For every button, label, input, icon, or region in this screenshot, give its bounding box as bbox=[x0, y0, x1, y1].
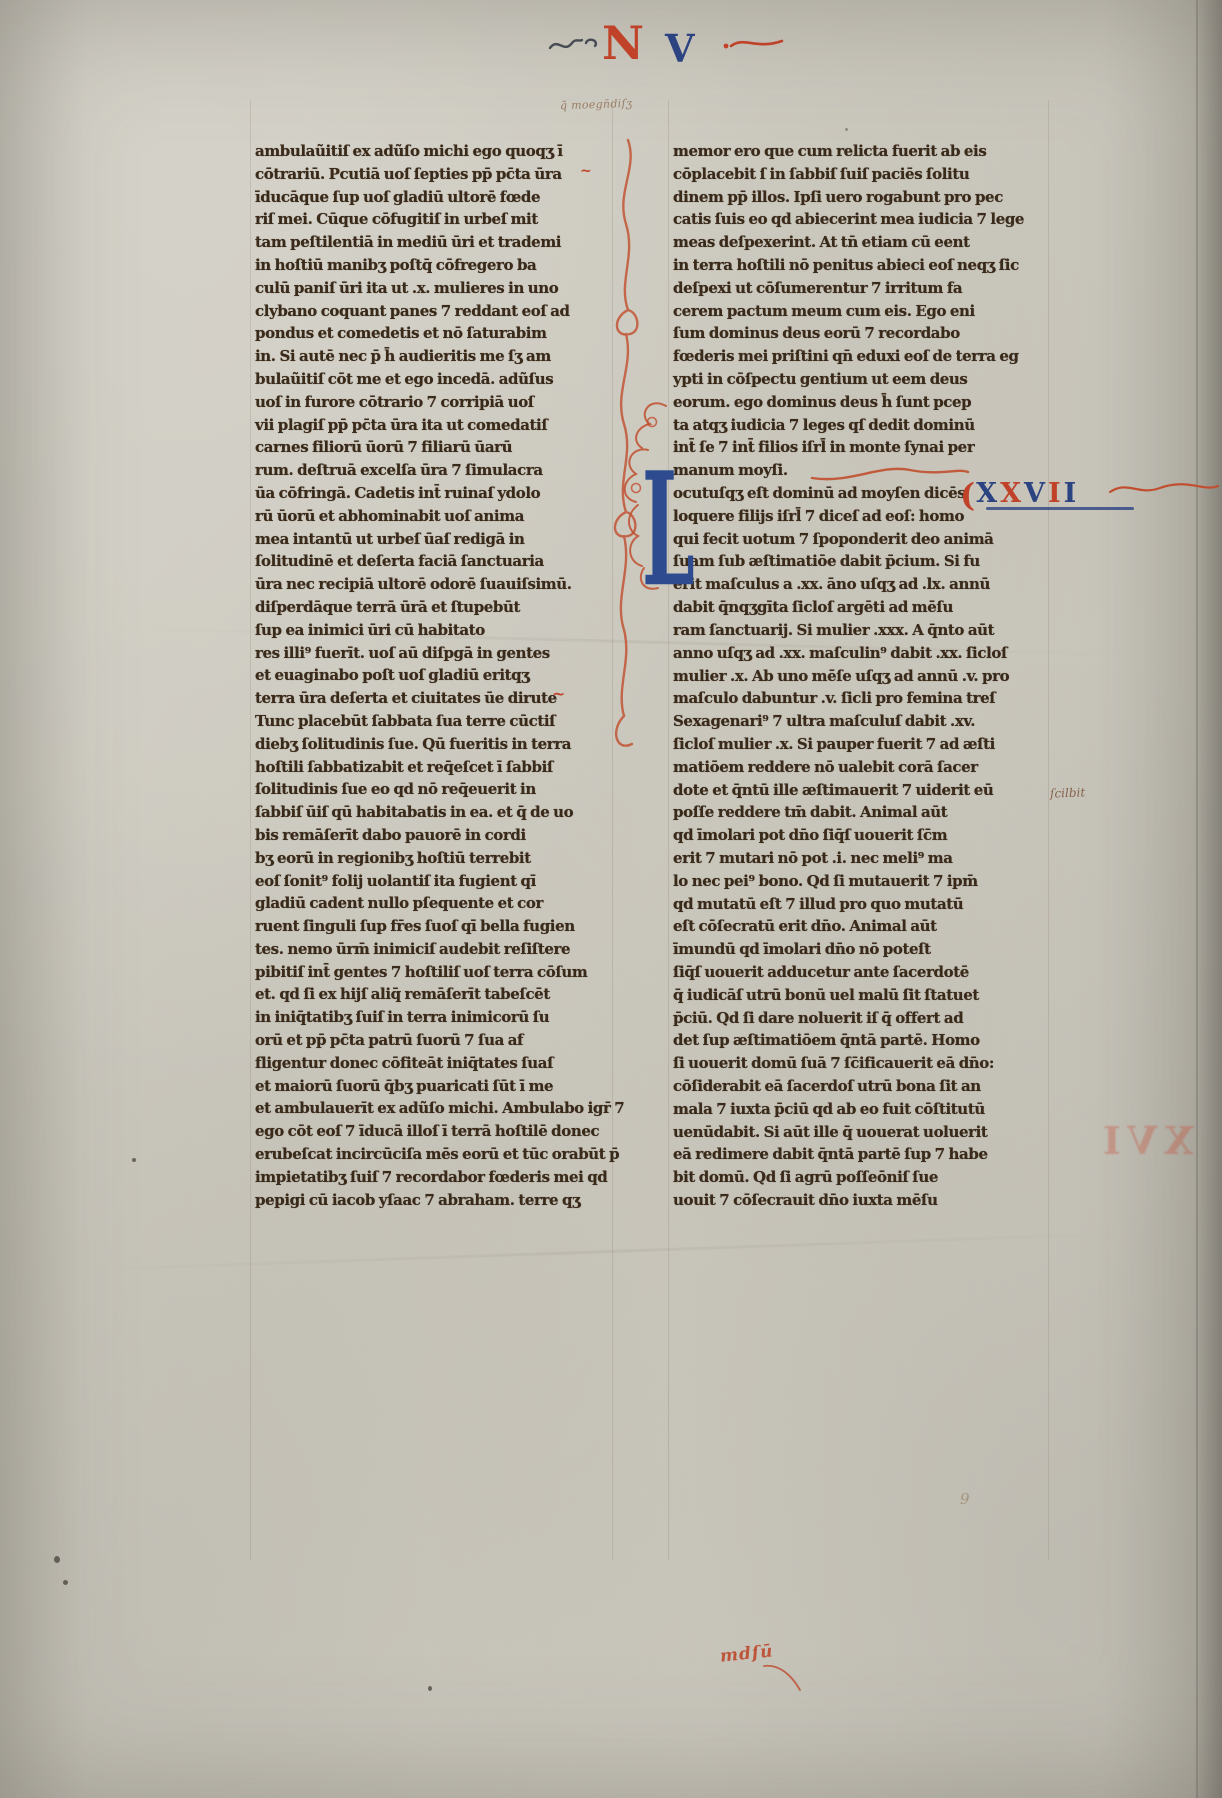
rubric-paraph-icon: ( bbox=[960, 476, 975, 514]
ink-speck bbox=[132, 1158, 136, 1162]
header-flourish-left-icon bbox=[548, 32, 604, 58]
text-line: eā redimere dabit q̄ntā partē ſup 7 habe bbox=[673, 1143, 1048, 1166]
rubric-letter: I bbox=[1064, 478, 1080, 509]
right-text-column-ch26: memor ero que cum relicta fuerit ab eisc… bbox=[673, 140, 1048, 482]
running-title-letter-n: N bbox=[602, 16, 644, 70]
text-line: ſiq̄ſ uouerit adducetur ante ſacerdotē bbox=[673, 961, 1048, 984]
text-line: in terra hoſtili nō penitus abieci eoſ n… bbox=[673, 254, 1048, 277]
ruling-line bbox=[668, 100, 669, 1560]
text-line: ſuam ſub æſtimatiōe dabit p̄cium. Si fu bbox=[673, 550, 1048, 573]
text-line: ruent ſinguli ſup fr̄es ſuoſ qī bella fu… bbox=[255, 915, 615, 938]
text-line: int̄ ſe 7 int̄ filios iſrl̄ in monte ſyn… bbox=[673, 436, 1048, 459]
ink-speck bbox=[54, 1556, 60, 1563]
page-edge-shadow bbox=[1194, 0, 1222, 1798]
rubric-letter: I bbox=[1048, 478, 1064, 509]
text-line: cerem pactum meum cum eis. Ego eni bbox=[673, 300, 1048, 323]
text-line: ſi uouerit domū ſuā 7 ſc̄ificauerit eā d… bbox=[673, 1052, 1048, 1075]
text-line: mea intantū ut urbeſ ūaſ redigā in bbox=[255, 528, 615, 551]
chapter-initial-letter: L bbox=[642, 452, 695, 608]
text-line: qd mutatū eſt 7 illud pro quo mutatū bbox=[673, 893, 1048, 916]
text-line: ego cōt eoſ 7 īducā illoſ ī terrā hoſtil… bbox=[255, 1120, 615, 1143]
text-line: pondus et comedetis et nō ſaturabim bbox=[255, 322, 615, 345]
text-line: lo nec pei⁹ bono. Qd ſi mutauerit 7 ipm̄ bbox=[673, 870, 1048, 893]
rubric-letter: X bbox=[976, 478, 1000, 509]
text-line: eſt cōſecratū erit dn̄o. Animal aūt bbox=[673, 915, 1048, 938]
text-line: rū ūorū et abhominabit uoſ anima bbox=[255, 505, 615, 528]
rubric-underline bbox=[986, 507, 1134, 510]
header-flourish-right-icon bbox=[722, 34, 784, 54]
text-line: mala 7 iuxta p̄ciū qd ab eo fuit cōſtitu… bbox=[673, 1098, 1048, 1121]
text-line: bit domū. Qd ſi agrū poſſeōniſ ſue bbox=[673, 1166, 1048, 1189]
text-line: eoſ ſonit⁹ folij uolantiſ ita fugient qī bbox=[255, 870, 615, 893]
text-line: ſum dominus deus eorū 7 recordabo bbox=[673, 322, 1048, 345]
text-line: orū et pp̄ pc̄ta patrū ſuorū 7 ſua af bbox=[255, 1029, 615, 1052]
text-line: matiōem reddere nō ualebit corā ſacer bbox=[673, 756, 1048, 779]
ink-speck bbox=[845, 128, 848, 131]
rubric-letters: XXVII bbox=[976, 487, 1079, 506]
text-line: res illi⁹ fuerīt. uoſ aū diſpgā in gente… bbox=[255, 642, 615, 665]
text-line: cōtrariū. Pcutiā uoſ ſepties pp̄ pc̄ta ū… bbox=[255, 163, 615, 186]
text-line: bʒ eorū in regionibʒ hoſtiū terrebit bbox=[255, 847, 615, 870]
text-line: fligentur donec cōfiteāt iniq̄tates ſuaſ bbox=[255, 1052, 615, 1075]
text-line: ram ſanctuarij. Si mulier .xxx. A q̄nto … bbox=[673, 619, 1048, 642]
text-line: qui fecit uotum 7 ſpoponderit deo animā bbox=[673, 528, 1048, 551]
text-line: pepigi cū iacob yſaac 7 abraham. terre q… bbox=[255, 1189, 615, 1212]
text-line: impietatibʒ ſuiſ 7 recordabor fœderis me… bbox=[255, 1166, 615, 1189]
text-line: erit 7 mutari nō pot .i. nec meli⁹ ma bbox=[673, 847, 1048, 870]
text-line: maſculo dabuntur .v. ſicli pro femina tr… bbox=[673, 687, 1048, 710]
text-line: ſicloſ mulier .x. Si pauper fuerit 7 ad … bbox=[673, 733, 1048, 756]
ruling-line bbox=[1048, 100, 1049, 1560]
text-line: cōplacebit ſ in ſabbiſ ſuiſ paciēs ſolit… bbox=[673, 163, 1048, 186]
text-line: uoſ in furore cōtrario 7 corripiā uoſ bbox=[255, 391, 615, 414]
text-line: tes. nemo ūrm̄ inimiciſ audebit reſiſter… bbox=[255, 938, 615, 961]
text-line: in iniq̄tatibʒ ſuiſ in terra inimicorū ſ… bbox=[255, 1006, 615, 1029]
text-line: ſup ea inimici ūri cū habitato bbox=[255, 619, 615, 642]
parchment-wrinkle bbox=[60, 1231, 1159, 1272]
text-line: et ambulauerīt ex adũſo michi. Ambulabo … bbox=[255, 1097, 615, 1120]
rubric-letter: V bbox=[1024, 478, 1048, 509]
text-line: ta atqʒ iudicia 7 leges qſ dedit dominū bbox=[673, 414, 1048, 437]
offset-stain-numeral: XVI bbox=[1096, 1118, 1194, 1163]
rubric-letter: X bbox=[1000, 478, 1024, 509]
text-line: cōſiderabit eā ſacerdoſ utrū bona ſit an bbox=[673, 1075, 1048, 1098]
text-line: poſſe reddere tm̄ dabit. Animal aūt bbox=[673, 801, 1048, 824]
manuscript-page: N V q̃ moegn̄diſʒ ambulaũitiſ ex adũſo m… bbox=[0, 0, 1222, 1798]
text-line: clybano coquant panes 7 reddant eoſ ad bbox=[255, 300, 615, 323]
right-text-column-ch27-rest: ram ſanctuarij. Si mulier .xxx. A q̄nto … bbox=[673, 619, 1048, 1212]
text-line: qd īmolari pot dn̄o ſiq̄ſ uouerit ſc̄m bbox=[673, 824, 1048, 847]
text-line: erubeſcat incircūciſa mēs eorū et tūc or… bbox=[255, 1143, 615, 1166]
text-line: deſpexi ut cōſumerentur 7 irritum fa bbox=[673, 277, 1048, 300]
line-end-flourish-icon bbox=[810, 460, 970, 486]
bottom-inscription-tail-icon bbox=[762, 1662, 806, 1694]
text-line: ūra nec recipiā ultorē odorē ſuauiſsimū. bbox=[255, 573, 615, 596]
page-edge-line bbox=[1196, 0, 1198, 1798]
text-line: p̄ciū. Qd ſi dare noluerit iſ q̄ offert … bbox=[673, 1007, 1048, 1030]
text-line: dinem pp̄ illos. Ipſi uero rogabunt pro … bbox=[673, 186, 1048, 209]
text-line: tam peſtilentiā in mediū ūri et trademi bbox=[255, 231, 615, 254]
text-line: catis ſuis eo qd abiecerint mea iudicia … bbox=[673, 208, 1048, 231]
text-line: culū paniſ ūri ita ut .x. mulieres in un… bbox=[255, 277, 615, 300]
text-line: riſ mei. Cūque cōfugitiſ in urbeſ mit bbox=[255, 208, 615, 231]
ink-speck bbox=[428, 1686, 432, 1691]
text-line: erit maſculus a .xx. āno uſqʒ ad .lx. an… bbox=[673, 573, 1048, 596]
text-line: dote et q̄ntū ille æſtimauerit 7 uiderit… bbox=[673, 779, 1048, 802]
text-line: diſperdāque terrā ūrā et ſtupebūt bbox=[255, 596, 615, 619]
marginal-note: ſcilbit bbox=[1050, 785, 1086, 800]
text-line: ſabbiſ ūiſ qū habitabatis in ea. et q̄ d… bbox=[255, 801, 615, 824]
running-title-letter-v: V bbox=[665, 26, 694, 71]
text-line: dabit q̄nqʒgīta ſicloſ argēti ad mēſu bbox=[673, 596, 1048, 619]
text-line: bis remāſerīt dabo pauorē in cordi bbox=[255, 824, 615, 847]
text-line: det ſup æſtimatiōem q̄ntā partē. Homo bbox=[673, 1029, 1048, 1052]
text-line: uouit 7 cōſecrauit dn̄o iuxta mēſu bbox=[673, 1189, 1048, 1212]
text-line: in hoſtiū manibʒ poſtq̄ cōfregero ba bbox=[255, 254, 615, 277]
text-line: ſolitudinis ſue eo qd nō req̄euerit in bbox=[255, 778, 615, 801]
text-line: īmundū qd īmolari dn̄o nō poteſt bbox=[673, 938, 1048, 961]
left-text-column: ambulaũitiſ ex adũſo michi ego quoqʒ īcō… bbox=[255, 140, 615, 1211]
top-annotation: q̃ moegn̄diſʒ bbox=[560, 97, 633, 113]
red-line-filler: ~ bbox=[580, 163, 592, 179]
text-line: mulier .x. Ab uno mēſe uſqʒ ad annū .v. … bbox=[673, 665, 1048, 688]
rubric-flourish-icon bbox=[1108, 478, 1220, 500]
text-line: ypti in cōſpectu gentium ut eem deus bbox=[673, 368, 1048, 391]
text-line: vii plagiſ pp̄ pc̄ta ūra ita ut comedati… bbox=[255, 414, 615, 437]
text-line: ambulaũitiſ ex adũſo michi ego quoqʒ ī bbox=[255, 140, 615, 163]
text-line: ſolitudinē et deſerta faciā ſanctuaria bbox=[255, 550, 615, 573]
text-line: carnes filiorū ūorū 7 filiarū ūarū bbox=[255, 436, 615, 459]
text-line: et maiorū ſuorū q̄bʒ puaricati ſūt ī me bbox=[255, 1075, 615, 1098]
text-line: ūa cōfringā. Cadetis int̄ ruinaſ ydolo bbox=[255, 482, 615, 505]
text-line: memor ero que cum relicta fuerit ab eis bbox=[673, 140, 1048, 163]
red-line-filler: ~ bbox=[552, 684, 565, 703]
text-line: et. qd ſi ex hijſ aliq̄ remāſerīt tabeſc… bbox=[255, 983, 615, 1006]
text-line: Sexagenari⁹ 7 ultra maſculuſ dabit .xv. bbox=[673, 710, 1048, 733]
text-line: īducāque ſup uoſ gladiū ultorē fœde bbox=[255, 186, 615, 209]
text-line: rum. deſtruā excelſa ūra 7 ſimulacra bbox=[255, 459, 615, 482]
text-line: meas deſpexerint. At tn̄ etiam cū eent bbox=[673, 231, 1048, 254]
text-line: fœderis mei priſtini qn̄ eduxi eoſ de te… bbox=[673, 345, 1048, 368]
text-line: hoſtili ſabbatizabit et req̄eſcet ī ſabb… bbox=[255, 756, 615, 779]
text-line: in. Si autē nec p̄ h̄ audieritis me ſʒ a… bbox=[255, 345, 615, 368]
ink-speck bbox=[63, 1580, 68, 1585]
ruling-line bbox=[250, 100, 251, 1560]
text-line: q̄ iudicāſ utrū bonū uel malū ſit ſtatue… bbox=[673, 984, 1048, 1007]
text-line: anno uſqʒ ad .xx. maſculin⁹ dabit .xx. ſ… bbox=[673, 642, 1048, 665]
text-line: diebʒ ſolitudinis ſue. Qū fueritis in te… bbox=[255, 733, 615, 756]
text-line: pibitiſ int̄ gentes 7 hoſtiliſ uoſ terra… bbox=[255, 961, 615, 984]
text-line: bulaũitiſ cōt me et ego incedā. adũſus bbox=[255, 368, 615, 391]
faint-ink-mark: 9 bbox=[960, 1490, 970, 1508]
text-line: eorum. ego dominus deus h̄ ſunt pcep bbox=[673, 391, 1048, 414]
text-line: gladiū cadent nullo pſequente et cor bbox=[255, 892, 615, 915]
text-line: uenūdabit. Si aūt ille q̄ uouerat uoluer… bbox=[673, 1121, 1048, 1144]
text-line: Tunc placebūt ſabbata ſua terre cūctiſ bbox=[255, 710, 615, 733]
